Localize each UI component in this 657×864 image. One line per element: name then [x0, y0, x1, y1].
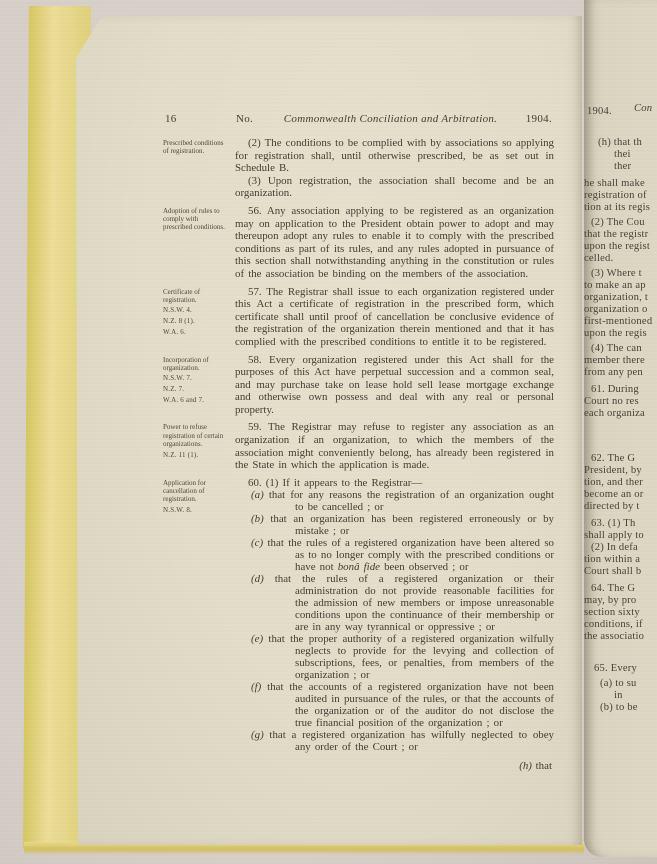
adjacent-page-line: each organiza [584, 408, 645, 419]
clause-label: (b) [251, 513, 264, 525]
adjacent-page-line: 63. (1) Th [591, 518, 635, 529]
adjacent-page-line: first-mentioned [584, 316, 652, 327]
adjacent-page-line: in [614, 690, 623, 701]
margin-note: Incorporation of organization.N.S.W. 7.N… [163, 356, 229, 405]
adjacent-page-line: become an or [584, 489, 643, 500]
catchword-label: (h) [519, 760, 532, 772]
adjacent-page-line: (4) The can [591, 343, 642, 354]
margin-note-ref: N.Z. 8 (1). [163, 317, 229, 325]
adjacent-page-line: Court no res [584, 396, 639, 407]
act-section: Application for cancellation of registra… [235, 477, 554, 754]
header-year: 1904. [526, 113, 552, 125]
act-section: Incorporation of organization.N.S.W. 7.N… [235, 354, 554, 417]
margin-note: Application for cancellation of registra… [163, 479, 229, 514]
paragraph: (3) Upon registration, the association s… [235, 175, 554, 200]
paragraph: 60. (1) If it appears to the Registrar— [235, 477, 554, 490]
clause: (g) that a registered organization has w… [251, 729, 554, 753]
adjacent-page-line: member there [584, 355, 645, 366]
paragraph: 59. The Registrar may refuse to register… [235, 421, 554, 471]
clause-label: (f) [251, 681, 261, 693]
adjacent-page: 1904.Con(h) that ththeitherhe shall make… [584, 0, 657, 857]
scanned-book-photo: 16 No. Commonwealth Conciliation and Arb… [0, 0, 657, 864]
margin-note-ref: N.Z. 11 (1). [163, 451, 229, 459]
adjacent-page-line: upon the regis [584, 328, 647, 339]
margin-note-ref: N.S.W. 4. [163, 306, 229, 314]
adjacent-page-line: (h) that th [598, 137, 642, 148]
act-section: Power to refuse registration of certain … [235, 421, 554, 471]
adjacent-page-line: organization, t [584, 292, 648, 303]
running-title: Commonwealth Conciliation and Arbitratio… [281, 113, 500, 125]
adjacent-page-line: from any pen [584, 367, 643, 378]
margin-note: Adoption of rules to comply with prescri… [163, 207, 229, 232]
clause: (b) that an organization has been regist… [251, 513, 554, 537]
clause-label: (d) [251, 573, 264, 585]
paragraph: 57. The Registrar shall issue to each or… [235, 286, 554, 349]
margin-note: Certificate of registration.N.S.W. 4.N.Z… [163, 288, 229, 337]
adjacent-page-line: he shall make [584, 178, 645, 189]
adjacent-page-line: Con [634, 103, 652, 114]
adjacent-page-line: upon the regist [584, 241, 650, 252]
adjacent-page-line: shall apply to [584, 530, 644, 541]
margin-note-ref: N.Z. 7. [163, 385, 229, 393]
adjacent-page-line: may, by pro [584, 595, 636, 606]
margin-note-ref: N.S.W. 7. [163, 374, 229, 382]
adjacent-page-line: President, by [584, 465, 642, 476]
margin-note-ref: N.S.W. 8. [163, 506, 229, 514]
clause: (a) that for any reasons the registratio… [251, 489, 554, 513]
clause: (f) that the accounts of a registered or… [251, 681, 554, 729]
adjacent-page-line: 62. The G [591, 453, 635, 464]
paragraph: 58. Every organization registered under … [235, 354, 554, 417]
margin-note-ref: W.A. 6 and 7. [163, 396, 229, 404]
adjacent-page-line: (3) Where t [591, 268, 642, 279]
clause-label: (c) [251, 537, 263, 549]
adjacent-page-line: that the registr [584, 229, 648, 240]
clause-label: (e) [251, 633, 263, 645]
clause: (d) that the rules of a registered organ… [251, 573, 554, 633]
margin-note: Power to refuse registration of certain … [163, 423, 229, 458]
page-number: 16 [165, 113, 177, 125]
margin-note-ref: W.A. 6. [163, 328, 229, 336]
clause-label: (a) [251, 489, 264, 501]
adjacent-page-line: (2) In defa [591, 542, 638, 553]
adjacent-page-line: 64. The G [591, 583, 635, 594]
adjacent-page-line: section sixty [584, 607, 640, 618]
clause-label: (g) [251, 729, 264, 741]
margin-note: Prescribed conditions of registration. [163, 139, 229, 155]
adjacent-page-line: (b) to be [600, 702, 638, 713]
adjacent-page-line: tion at its regis [584, 202, 650, 213]
adjacent-page-line: to make an ap [584, 280, 646, 291]
adjacent-page-line: celled. [584, 253, 613, 264]
adjacent-page-line: ther [614, 161, 631, 172]
paragraph: (2) The conditions to be complied with b… [235, 137, 554, 175]
adjacent-page-line: conditions, if [584, 619, 643, 630]
act-section: Certificate of registration.N.S.W. 4.N.Z… [235, 286, 554, 349]
adjacent-page-line: thei [614, 149, 631, 160]
adjacent-page-line: organization o [584, 304, 648, 315]
act-section: Prescribed conditions of registration.(2… [235, 137, 554, 200]
adjacent-page-line: (a) to su [600, 678, 637, 689]
adjacent-page-line: the associatio [584, 631, 644, 642]
adjacent-page-line: 61. During [591, 384, 639, 395]
paragraph: 56. Any association applying to be regis… [235, 205, 554, 281]
adjacent-page-line: tion within a [584, 554, 640, 565]
header-no-label: No. [236, 113, 253, 125]
sections-container: Prescribed conditions of registration.(2… [235, 137, 554, 773]
clause: (e) that the proper authority of a regis… [251, 633, 554, 681]
act-section: Adoption of rules to comply with prescri… [235, 205, 554, 281]
adjacent-page-line: Court shall b [584, 566, 641, 577]
adjacent-page-line: (2) The Cou [591, 217, 645, 228]
running-head: 16 No. Commonwealth Conciliation and Arb… [76, 113, 582, 129]
adjacent-page-line: 1904. [587, 106, 612, 117]
adjacent-page-line: tion, and ther [584, 477, 643, 488]
adjacent-page-line: registration of [584, 190, 647, 201]
main-page: 16 No. Commonwealth Conciliation and Arb… [76, 16, 582, 845]
adjacent-page-line: 65. Every [594, 663, 637, 674]
adjacent-page-line: directed by t [584, 501, 640, 512]
clause: (c) that the rules of a registered organ… [251, 537, 554, 573]
catchword: (h) that [235, 760, 554, 773]
